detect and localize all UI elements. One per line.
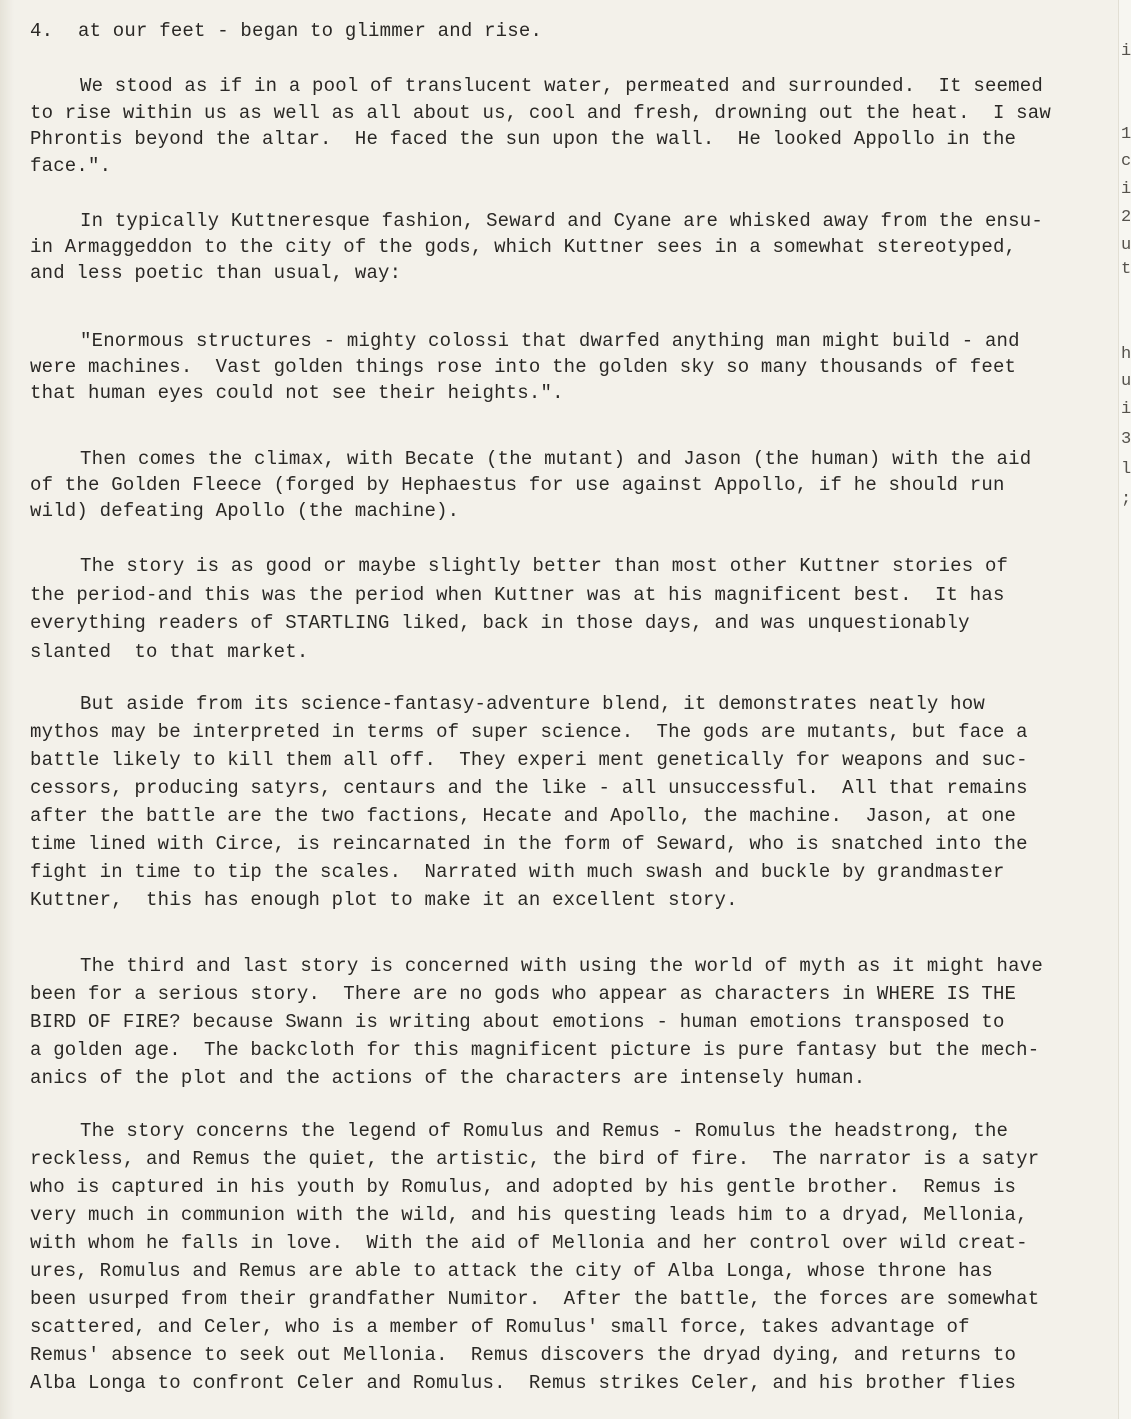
text-line: anics of the plot and the actions of the… xyxy=(30,1067,865,1089)
text-line: fight in time to tip the scales. Narrate… xyxy=(30,861,1005,883)
text-line: The story concerns the legend of Romulus… xyxy=(80,1120,1008,1142)
text-line: reckless, and Remus the quiet, the artis… xyxy=(30,1148,1039,1170)
text-line: after the battle are the two factions, H… xyxy=(30,805,1016,827)
text-line: The third and last story is concerned wi… xyxy=(80,955,1043,977)
text-line: Alba Longa to confront Celer and Romulus… xyxy=(30,1372,1016,1394)
text-line: wild) defeating Apollo (the machine). xyxy=(30,500,459,522)
text-line: everything readers of STARTLING liked, b… xyxy=(30,612,970,634)
text-line: in Armaggeddon to the city of the gods, … xyxy=(30,236,1016,258)
typewritten-page: 4. at our feet - began to glimmer and ri… xyxy=(0,0,1118,1419)
text-line: We stood as if in a pool of translucent … xyxy=(80,75,1043,97)
text-line: a golden age. The backcloth for this mag… xyxy=(30,1039,1039,1061)
text-line: slanted to that market. xyxy=(30,641,308,663)
text-line: who is captured in his youth by Romulus,… xyxy=(30,1176,1016,1198)
adjacent-page-fragment: it xyxy=(1121,42,1131,61)
text-line: been for a serious story. There are no g… xyxy=(30,983,1016,1005)
text-line: time lined with Circe, is reincarnated i… xyxy=(30,833,1028,855)
text-line: The story is as good or maybe slightly b… xyxy=(80,555,1008,577)
text-line: Remus' absence to seek out Mellonia. Rem… xyxy=(30,1344,1016,1366)
text-line: very much in communion with the wild, an… xyxy=(30,1204,1028,1226)
adjacent-page-fragment: u xyxy=(1121,236,1131,255)
adjacent-page-fragment: 1 xyxy=(1121,125,1131,144)
adjacent-page-fragment: t xyxy=(1121,260,1131,279)
text-line: But aside from its science-fantasy-adven… xyxy=(80,693,985,715)
adjacent-page-fragment: h xyxy=(1121,345,1131,364)
adjacent-page-edge: it1cis2uthui3l; xyxy=(1118,0,1131,1419)
text-line: that human eyes could not see their heig… xyxy=(30,382,564,404)
page-number: 4. xyxy=(30,20,53,42)
text-line: were machines. Vast golden things rose i… xyxy=(30,356,1016,378)
text-line: of the Golden Fleece (forged by Hephaest… xyxy=(30,474,1005,496)
adjacent-page-fragment: c xyxy=(1121,152,1131,171)
adjacent-page-fragment: 2 xyxy=(1121,208,1131,227)
text-line: with whom he falls in love. With the aid… xyxy=(30,1232,1028,1254)
text-line: battle likely to kill them all off. They… xyxy=(30,749,1028,771)
text-line: BIRD OF FIRE? because Swann is writing a… xyxy=(30,1011,1005,1033)
text-line: ures, Romulus and Remus are able to atta… xyxy=(30,1260,993,1282)
text-line: cessors, producing satyrs, centaurs and … xyxy=(30,777,1028,799)
text-line: face.". xyxy=(30,155,111,177)
adjacent-page-fragment: u xyxy=(1121,372,1131,391)
adjacent-page-fragment: 3 xyxy=(1121,430,1131,449)
text-line: been usurped from their grandfather Numi… xyxy=(30,1288,1039,1310)
adjacent-page-fragment: is xyxy=(1121,180,1131,199)
adjacent-page-fragment: ; xyxy=(1121,490,1131,509)
text-line: Phrontis beyond the altar. He faced the … xyxy=(30,128,1016,150)
text-line: mythos may be interpreted in terms of su… xyxy=(30,721,1028,743)
adjacent-page-fragment: l xyxy=(1121,460,1131,479)
adjacent-page-fragment: i xyxy=(1121,400,1131,419)
text-line: scattered, and Celer, who is a member of… xyxy=(30,1316,970,1338)
text-line: and less poetic than usual, way: xyxy=(30,262,401,284)
text-line: Then comes the climax, with Becate (the … xyxy=(80,448,1031,470)
text-line: Kuttner, this has enough plot to make it… xyxy=(30,889,738,911)
text-line: "Enormous structures - mighty colossi th… xyxy=(80,330,1020,352)
text-line: at our feet - began to glimmer and rise. xyxy=(78,20,542,42)
text-line: the period-and this was the period when … xyxy=(30,584,1005,606)
text-line: In typically Kuttneresque fashion, Sewar… xyxy=(80,210,1043,232)
text-line: to rise within us as well as all about u… xyxy=(30,102,1051,124)
